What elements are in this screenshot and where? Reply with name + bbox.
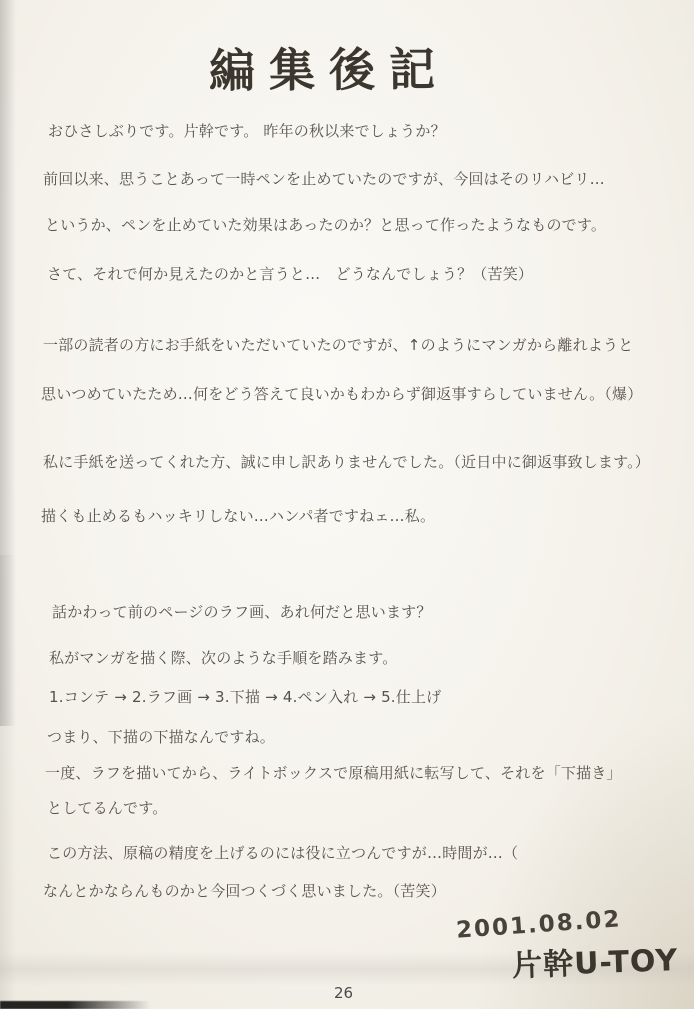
handwritten-line: この方法、原稿の精度を上げるのには役に立つんですが…時間が…（ xyxy=(47,840,518,866)
handwritten-line: 一部の読者の方にお手紙をいただいていたのですが、↑のようにマンガから離れようと xyxy=(43,332,633,358)
handwritten-line: 一度、ラフを描いてから、ライトボックスで原稿用紙に転写して、それを「下描き」 xyxy=(45,760,622,786)
handwritten-line: なんとかならんものかと今回つくづく思いました。（苦笑） xyxy=(43,878,446,904)
handwritten-line: つまり、下描の下描なんですね。 xyxy=(47,724,275,750)
handwritten-line: としてるんです。 xyxy=(47,795,167,821)
handwritten-line: 私がマンガを描く際、次のような手順を踏みます。 xyxy=(49,645,397,671)
handwritten-line: 描くも止めるもハッキリしない…ハンパ者ですねェ…私。 xyxy=(41,503,435,529)
handwritten-line: 話かわって前のページのラフ画、あれ何だと思います？ xyxy=(52,599,432,625)
handwritten-line: 思いつめていたため…何をどう答えて良いかもわからず御返事すらしていません。（爆） xyxy=(41,381,642,407)
afterword-page: 編集後記 おひさしぶりです。片幹です。 昨年の秋以来でしょうか？ 前回以来、思う… xyxy=(0,0,694,1009)
handwritten-line: 私に手紙を送ってくれた方、誠に申し訳ありませんでした。（近日中に御返事致します。… xyxy=(43,449,650,475)
handwritten-line: 前回以来、思うことあって一時ペンを止めていたのですが、今回はそのリハビリ… xyxy=(43,166,605,192)
scan-edge-left-fade xyxy=(0,555,16,1009)
scan-edge-bottom-dark xyxy=(0,1001,150,1009)
handwritten-line: さて、それで何か見えたのかと言うと… どうなんでしょう？（苦笑） xyxy=(47,261,533,287)
handwritten-line: 1.コンテ → 2.ラフ画 → 3.下描 → 4.ペン入れ → 5.仕上げ xyxy=(49,684,441,710)
page-number: 26 xyxy=(334,984,353,1002)
handwritten-line: というか、ペンを止めていた効果はあったのか？と思って作ったようなものです。 xyxy=(45,212,606,238)
page-title: 編集後記 xyxy=(0,32,658,103)
artist-signature: 片幹U-TOY xyxy=(511,935,678,985)
handwritten-line: おひさしぶりです。片幹です。 昨年の秋以来でしょうか？ xyxy=(48,118,446,144)
